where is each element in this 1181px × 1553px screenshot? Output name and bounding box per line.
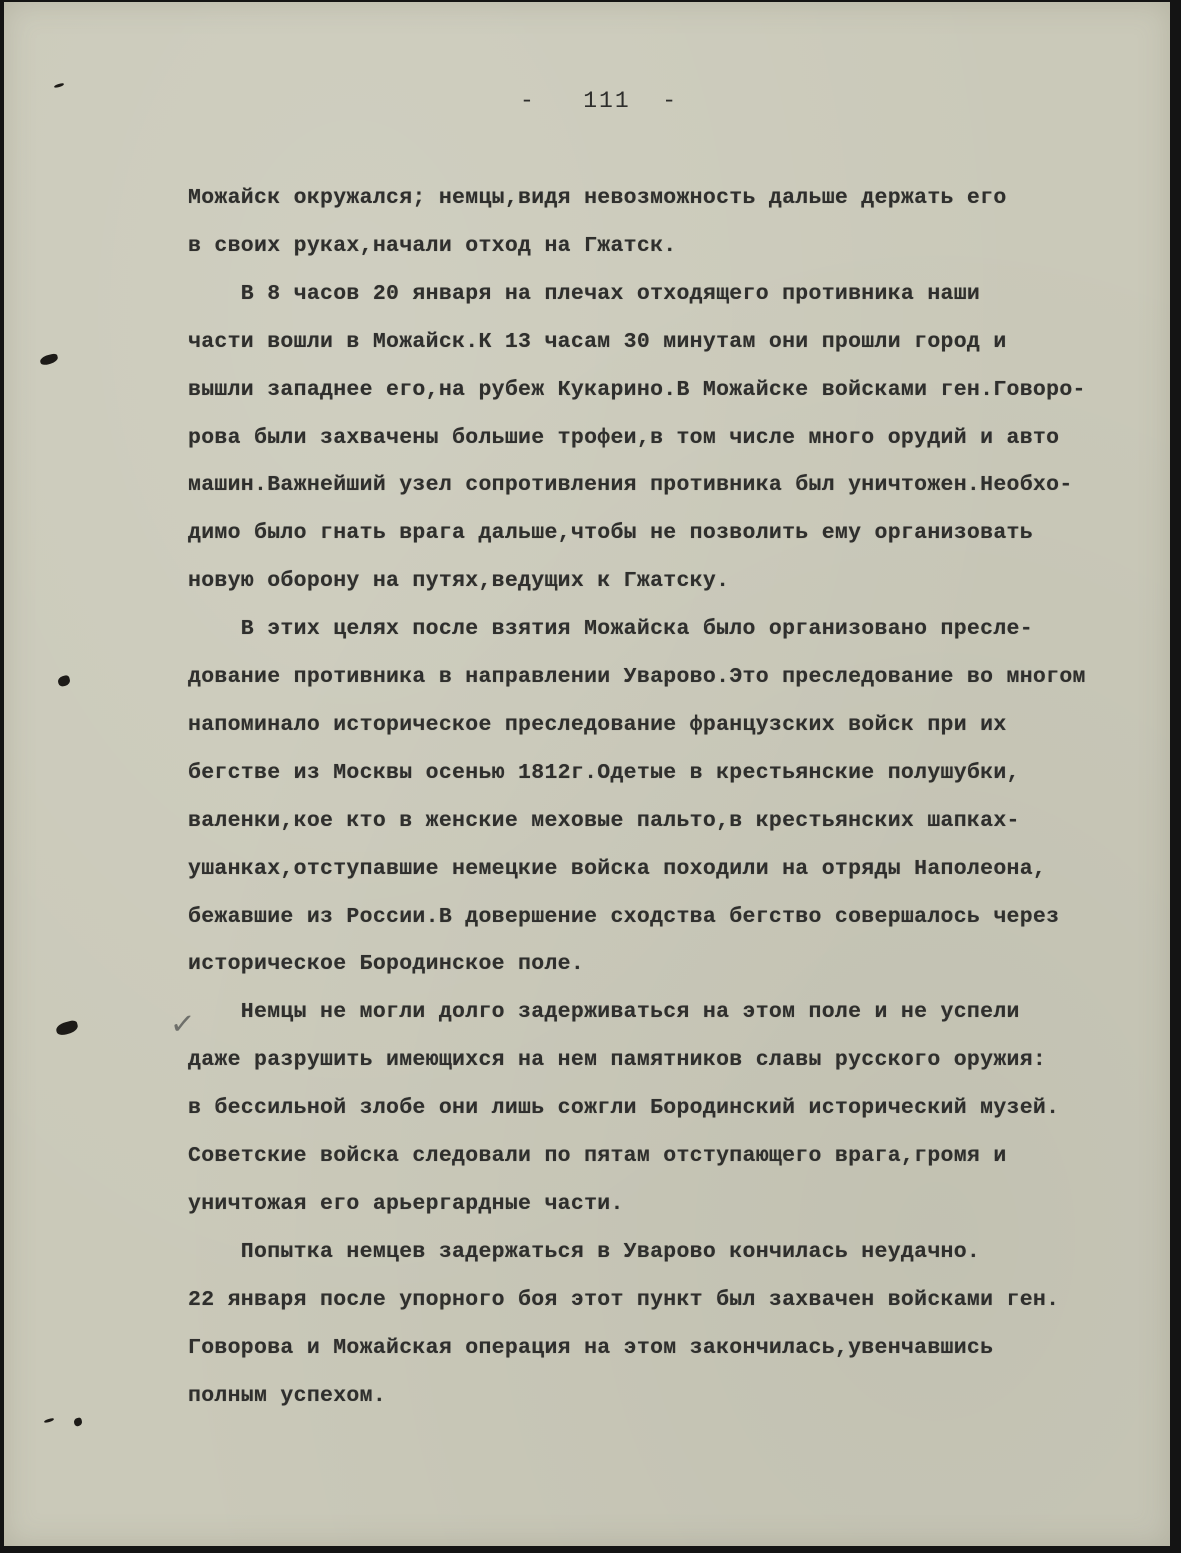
- text-line: бегстве из Москвы осенью 1812г.Одетые в …: [188, 761, 1020, 785]
- text-line: полным успехом.: [188, 1384, 386, 1408]
- text-line: В 8 часов 20 января на плечах отходящего…: [188, 282, 980, 306]
- text-line: историческое Бородинское поле.: [188, 952, 584, 976]
- text-line: димо было гнать врага дальше,чтобы не по…: [188, 521, 1033, 545]
- text-line: 22 января после упорного боя этот пункт …: [188, 1288, 1059, 1312]
- text-line: рова были захвачены большие трофеи,в том…: [188, 426, 1059, 450]
- page-number: - 111 -: [520, 88, 678, 114]
- punch-hole-icon: [44, 1418, 54, 1423]
- punch-hole-icon: [57, 675, 71, 688]
- text-line: в бессильной злобе они лишь сожгли Бород…: [188, 1096, 1059, 1120]
- text-line: уничтожая его арьергардные части.: [188, 1192, 624, 1216]
- text-line: части вошли в Можайск.К 13 часам 30 мину…: [188, 330, 1007, 354]
- text-line: Советские войска следовали по пятам отст…: [188, 1144, 1007, 1168]
- punch-hole-icon: [73, 1417, 83, 1427]
- text-line: напоминало историческое преследование фр…: [188, 713, 1007, 737]
- text-line: В этих целях после взятия Можайска было …: [188, 617, 1033, 641]
- checkmark-icon: ✓: [169, 1006, 197, 1043]
- text-line: новую оборону на путях,ведущих к Гжатску…: [188, 569, 729, 593]
- punch-hole-icon: [54, 83, 64, 88]
- text-line: вышли западнее его,на рубеж Кукарино.В М…: [188, 378, 1086, 402]
- text-line: в своих руках,начали отход на Гжатск.: [188, 234, 676, 258]
- text-line: Немцы не могли долго задерживаться на эт…: [188, 1000, 1020, 1024]
- text-line: даже разрушить имеющихся на нем памятник…: [188, 1048, 1046, 1072]
- text-line: Попытка немцев задержаться в Уварово кон…: [188, 1240, 980, 1264]
- text-line: валенки,кое кто в женские меховые пальто…: [188, 809, 1020, 833]
- punch-hole-icon: [55, 1019, 79, 1036]
- punch-hole-icon: [39, 353, 59, 366]
- text-line: Можайск окружался; немцы,видя невозможно…: [188, 186, 1007, 210]
- text-line: дование противника в направлении Уварово…: [188, 665, 1086, 689]
- text-line: Говорова и Можайская операция на этом за…: [188, 1336, 993, 1360]
- document-page: - 111 - Можайск окружался; немцы,видя не…: [4, 2, 1170, 1546]
- text-line: бежавшие из России.В довершение сходства…: [188, 905, 1059, 929]
- text-line: ушанках,отступавшие немецкие войска похо…: [188, 857, 1046, 881]
- text-line: машин.Важнейший узел сопротивления проти…: [188, 473, 1073, 497]
